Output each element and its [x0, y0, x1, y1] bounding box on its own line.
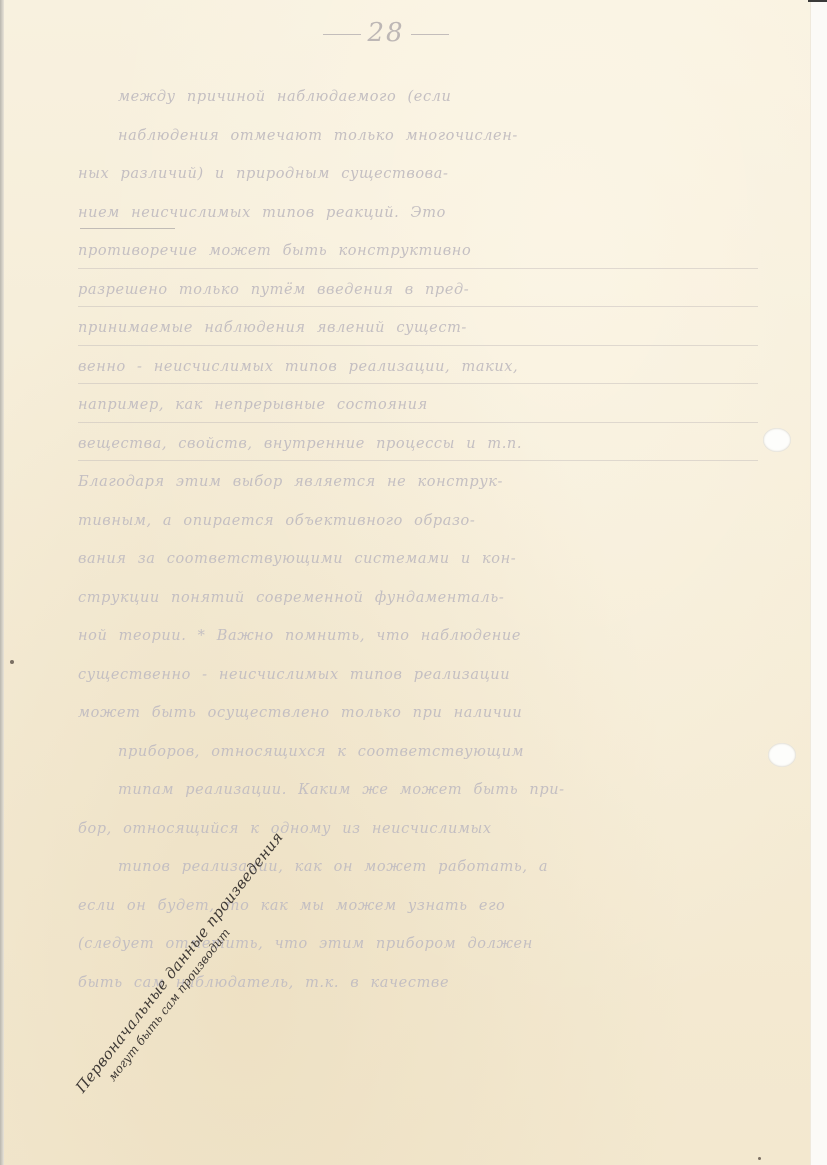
text-line: вания за соответствующими системами и ко…: [78, 540, 758, 579]
ink-speck: [758, 1157, 761, 1160]
punch-hole-icon: [763, 428, 791, 452]
text-line: нием неисчислимых типов реакций. Это: [78, 194, 758, 233]
text-line: между причиной наблюдаемого (если: [78, 78, 758, 117]
text-line: венно - неисчислимых типов реализации, т…: [78, 348, 758, 387]
text-line: приборов, относящихся к соответствующим: [78, 733, 758, 772]
text-line: типов реализации, как он может работать,…: [78, 848, 758, 887]
text-line: бор, относящийся к одному из неисчислимы…: [78, 810, 758, 849]
text-line: Благодаря этим выбор является не констру…: [78, 463, 758, 502]
scanned-page: 28 между причиной наблюдаемого (если наб…: [0, 0, 827, 1165]
text-line: ных различий) и природным существова-: [78, 155, 758, 194]
punch-hole-icon: [768, 743, 796, 767]
text-line: типам реализации. Каким же может быть пр…: [78, 771, 758, 810]
text-line: вещества, свойств, внутренние процессы и…: [78, 425, 758, 464]
text-line: противоречие может быть конструктивно: [78, 232, 758, 271]
right-binding-strip: [810, 0, 827, 1165]
text-line: принимаемые наблюдения явлений сущест-: [78, 309, 758, 348]
text-line: струкции понятий современной фундаментал…: [78, 579, 758, 618]
text-line: ной теории. * Важно помнить, что наблюде…: [78, 617, 758, 656]
text-line: тивным, а опирается объективного образо-: [78, 502, 758, 541]
text-line: если он будет, то как мы можем узнать ег…: [78, 887, 758, 926]
text-line: может быть осуществлено только при налич…: [78, 694, 758, 733]
text-line: наблюдения отмечают только многочислен-: [78, 117, 758, 156]
text-line: например, как непрерывные состояния: [78, 386, 758, 425]
scanner-edge-mark: [808, 0, 827, 2]
page-number: 28: [316, 18, 456, 48]
ink-speck: [10, 660, 14, 664]
text-line: разрешено только путём введения в пред-: [78, 271, 758, 310]
handwritten-body: между причиной наблюдаемого (если наблюд…: [78, 78, 758, 1002]
text-line: существенно - неисчислимых типов реализа…: [78, 656, 758, 695]
